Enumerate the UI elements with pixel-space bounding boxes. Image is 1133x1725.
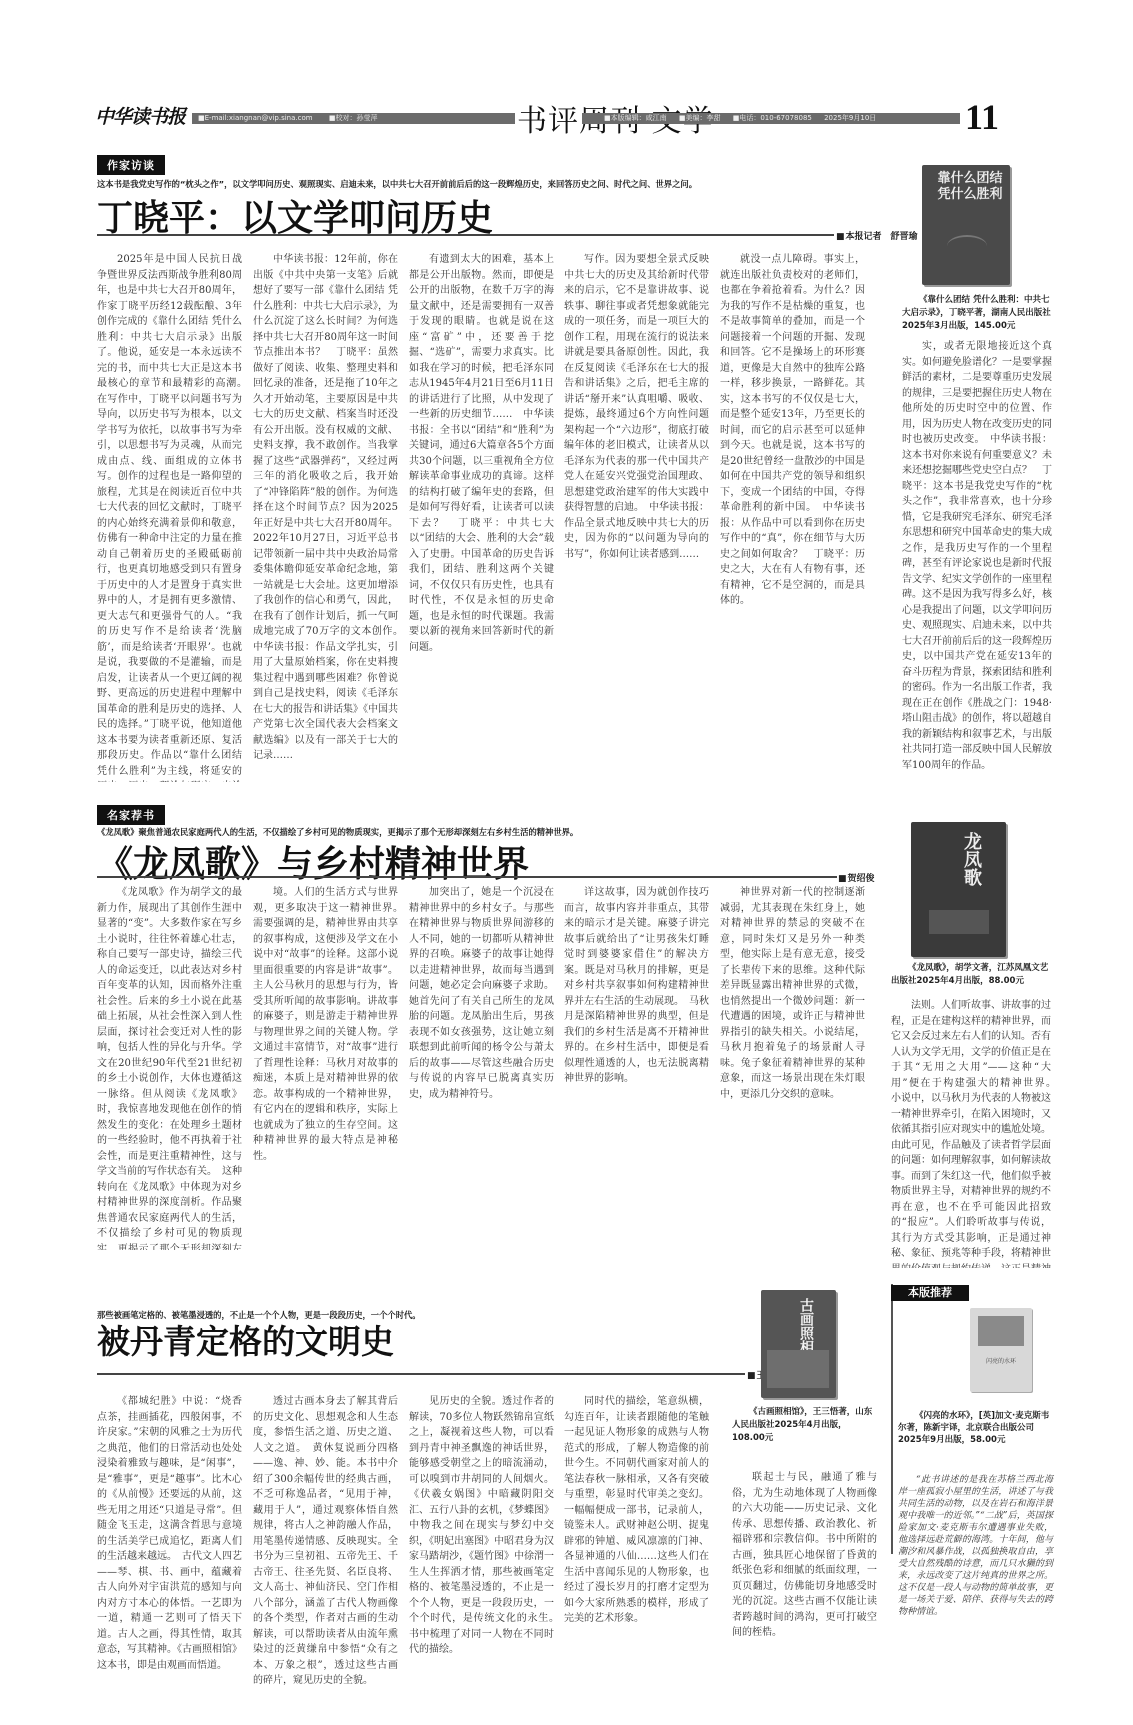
article1-column-1: 2025年是中国人民抗日战争暨世界反法西斯战争胜利80周年，也是中共七大召开80… bbox=[97, 252, 242, 782]
article3-headline: 被丹青定格的文明史 bbox=[97, 1316, 394, 1363]
article3-column-4: 同时代的描绘，笔意纵横，勾连百年，让读者跟随他的笔触一起见证人物形象的成熟与人物… bbox=[564, 1394, 709, 1714]
article2-headline: 《龙凤歌》与乡村精神世界 bbox=[97, 836, 529, 887]
book-cover-shanliangdeshuihuan: 闪亮的水环 bbox=[970, 1308, 1032, 1392]
article2-rule bbox=[97, 876, 837, 878]
article1-column-5: 就没一点儿障碍。事实上，就连出版社负责校对的老师们，也都在争着抢着看。为什么？因… bbox=[720, 252, 865, 782]
book-cover-longfengge: 龙凤歌 bbox=[911, 822, 1006, 957]
article1-column-4: 写作。因为要想全景式反映中共七大的历史及其给新时代带来的启示，它不是靠讲故事、说… bbox=[564, 252, 709, 782]
article2-book-caption: 《龙凤歌》，胡学文著，江苏凤凰文艺出版社2025年4月出版，88.00元 bbox=[891, 962, 1051, 988]
article1-book-caption: 《靠什么团结 凭什么胜利：中共七大启示录》，丁晓平著，湖南人民出版社2025年3… bbox=[902, 294, 1052, 333]
article2-column-4: 详这故事，因为就创作技巧而言，故事内容并非重点，其带来的暗示才是关键。麻婆子讲完… bbox=[564, 885, 709, 1250]
cover-painting bbox=[767, 1350, 829, 1388]
article1-right-column: 实，或者无限地接近这个真实。如何避免脸谱化？一是要掌握鲜活的素材，二是要尊重历史… bbox=[902, 339, 1052, 779]
article1-column-3: 有遗到太大的困难，基本上都是公开出版物。然而，即便是公开的出版物，在数千万字的海… bbox=[409, 252, 554, 782]
email-text: ■E-mail:xiangnan@vip.sina.com bbox=[198, 114, 313, 122]
article3-right-column: 联起士与民，融通了雅与俗，尤为生动地体现了人物画像的六大功能——历史记录、文化传… bbox=[732, 1470, 877, 1715]
masthead-info-bar-right: ■本版编辑：咸江南 ■美编：李甜 ■电话：010-67078085 2025年9… bbox=[582, 113, 960, 124]
article2-column-2: 境。人们的生活方式与世界观，更多取决于这一精神世界。 需要强调的是，精神世界由共… bbox=[253, 885, 398, 1250]
recommendation-quote: “此书讲述的是我在苏格兰西北海岸一座孤寂小屋里的生活，讲述了与我共同生活的动物，… bbox=[898, 1474, 1053, 1618]
article2-column-1: 《龙凤歌》作为胡学文的最新力作，展现出了其创作生涯中显著的“变”。大多数作家在写… bbox=[97, 885, 242, 1250]
article2-byline: 贺绍俊 bbox=[838, 871, 875, 884]
date-text: 2025年9月10日 bbox=[824, 114, 876, 122]
cover-photo bbox=[978, 1316, 1024, 1346]
art-editor-text: ■美编：李甜 bbox=[679, 114, 721, 122]
article2-column-3: 加突出了，她是一个沉浸在精神世界中的乡村女子。与那些在精神世界与物质世界间游移的… bbox=[409, 885, 554, 1250]
masthead-info-bar-left: ■E-mail:xiangnan@vip.sina.com ■校对：孙莹萍 bbox=[192, 113, 515, 124]
section-tag-famous-recommends: 名家荐书 bbox=[97, 805, 165, 825]
article3-column-1: 《都城纪胜》中说：“烧香点茶，挂画插花，四般闲事，不许戾家。”宋朝的风雅之士为历… bbox=[97, 1394, 242, 1714]
article3-book-caption: 《古画照相馆》，王三悟著，山东人民出版社2025年4月出版，108.00元 bbox=[732, 1406, 877, 1445]
cover-banner bbox=[929, 910, 989, 934]
book-cover-kaoshenme: 靠什么团结 凭什么胜利 bbox=[922, 165, 1010, 285]
recommendation-tag: 本版推荐 bbox=[891, 1285, 969, 1301]
article1-byline: 本报记者 舒晋瑜 bbox=[836, 229, 918, 242]
article1-column-2: 中华读书报：12年前，你在出版《中共中央第一支笔》后就想好了要写一部《靠什么团结… bbox=[253, 252, 398, 782]
phone-text: ■电话：010-67078085 bbox=[733, 114, 812, 122]
article2-right-column: 法则。人们听故事、讲故事的过程，正是在建构这样的精神世界，而它又会反过来左右人们… bbox=[891, 998, 1051, 1268]
recommendation-caption: 《闪亮的水环》，[英]加文·麦克斯韦尔著，陈新宇译，北京联合出版公司2025年9… bbox=[898, 1410, 1053, 1446]
article3-column-3: 见历史的全貌。透过作者的解读，70多位人物跃然锦帛宣纸之上，凝视着这些人物，可以… bbox=[409, 1394, 554, 1714]
editor-text: ■本版编辑：咸江南 bbox=[604, 114, 667, 122]
pagoda-illustration bbox=[947, 235, 987, 257]
masthead: 中华读书报 ■E-mail:xiangnan@vip.sina.com ■校对：… bbox=[95, 98, 1040, 138]
page-number: 11 bbox=[965, 96, 999, 138]
section-tag-author-interview: 作家访谈 bbox=[97, 155, 165, 175]
book-cover-guhua: 古画照相馆 bbox=[761, 1290, 836, 1398]
newspaper-logo: 中华读书报 bbox=[95, 102, 185, 129]
article1-rule bbox=[97, 234, 834, 236]
article1-lead: 这本书是我党史写作的“枕头之作”，以文学叩问历史、观照现实、启迪未来，以中共七大… bbox=[97, 178, 697, 190]
article2-column-5: 神世界对新一代的控制逐渐减弱，尤其表现在朱红身上，她对精神世界的禁忌的突破不在意… bbox=[720, 885, 865, 1250]
proofreader-text: ■校对：孙莹萍 bbox=[329, 114, 378, 122]
article3-column-2: 透过古画本身去了解其背后的历史文化、思想观念和人生态度，参悟生活之道、历史之道、… bbox=[253, 1394, 398, 1714]
